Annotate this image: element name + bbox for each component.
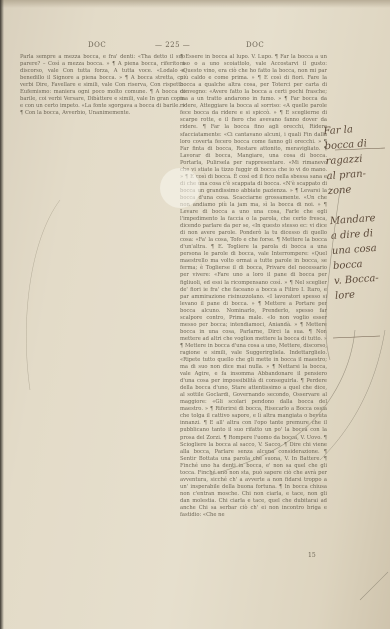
running-header: DOC — 225 — DOC [0,41,390,53]
left-column-text: Parla sempre a mezza bocca, e fra' denti… [20,54,185,117]
right-guide-word: DOC [246,41,264,49]
right-column: ¶ Essere in bocca al lupo. V. Lupo. ¶ Fa… [180,54,327,544]
signature-mark: 15 [308,552,316,559]
left-column: Parla sempre a mezza bocca, e fra' denti… [20,54,185,542]
book-spine-edge [0,0,4,629]
right-column-text: ¶ Essere in bocca al lupo. V. Lupo. ¶ Fa… [180,54,327,519]
page-number: — 225 — [155,41,190,49]
left-guide-word: DOC [88,41,106,49]
page-top-shadow [0,0,390,8]
margin-note-line: lore [335,285,390,304]
paper-smudge [160,168,200,208]
handwritten-margin-note: Far la bocca di ragazzi al pran- zone Ma… [323,120,390,324]
